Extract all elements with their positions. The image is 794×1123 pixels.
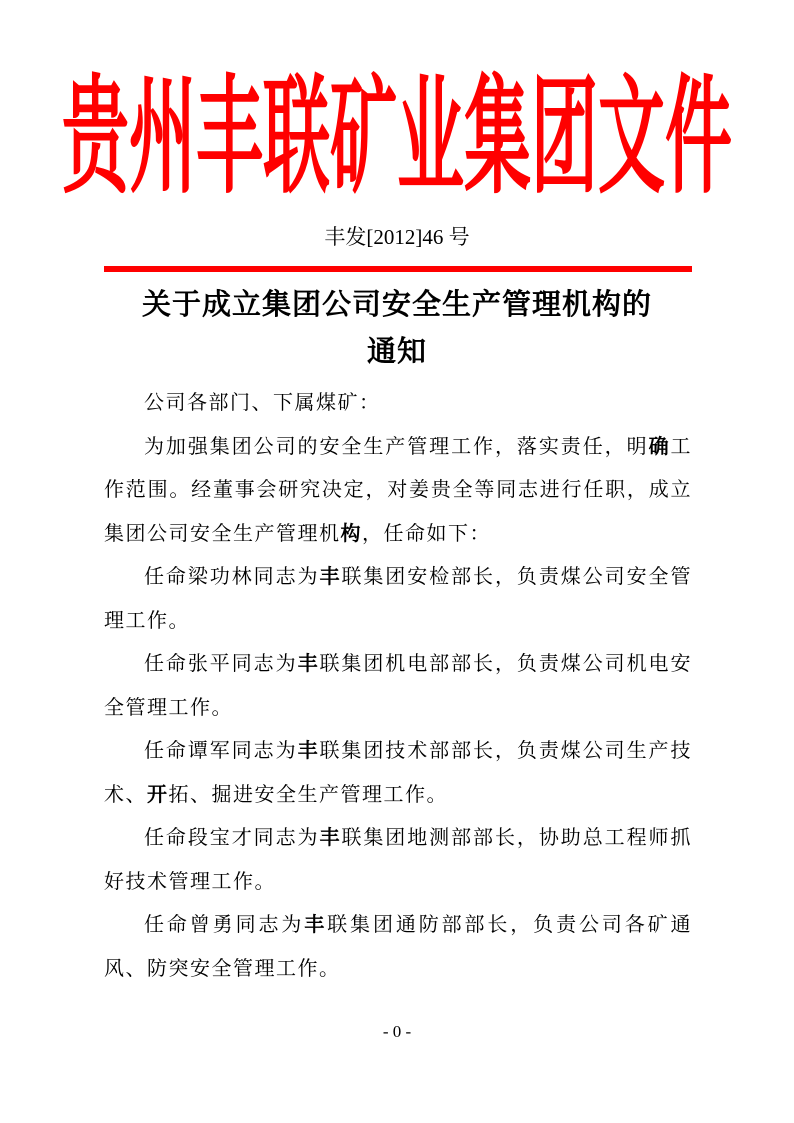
paragraph: 为加强集团公司的安全生产管理工作，落实责任，明确工作范围。经董事会研究决定，对姜… (104, 426, 692, 557)
document-title-line1: 关于成立集团公司安全生产管理机构的 (142, 289, 652, 321)
red-divider-line (104, 266, 692, 272)
document-body: 公司各部门、下属煤矿：为加强集团公司的安全生产管理工作，落实责任，明确工作范围。… (104, 382, 692, 991)
paragraph: 任命曾勇同志为丰联集团通防部部长，负责公司各矿通风、防突安全管理工作。 (104, 904, 692, 991)
paragraph-text: 拓、掘进安全生产管理工作。 (169, 784, 449, 806)
paragraph-text-bold: 开 (147, 784, 169, 806)
paragraph-text: 任命张平同志为 (144, 653, 298, 675)
document-page: 贵州丰联矿业集团文件 丰发[2012]46 号 关于成立集团公司安全生产管理机构… (0, 0, 794, 1123)
paragraph: 任命段宝才同志为丰联集团地测部部长，协助总工程师抓好技术管理工作。 (104, 817, 692, 904)
paragraph-text-bold: 丰 (298, 740, 320, 762)
paragraph-text-bold: 丰 (320, 566, 342, 588)
paragraph: 任命谭军同志为丰联集团技术部部长，负责煤公司生产技术、开拓、掘进安全生产管理工作… (104, 730, 692, 817)
paragraph: 任命张平同志为丰联集团机电部部长，负责煤公司机电安全管理工作。 (104, 643, 692, 730)
paragraph: 任命梁功林同志为丰联集团安检部长，负责煤公司安全管理工作。 (104, 556, 692, 643)
paragraph-text-bold: 确 (649, 436, 671, 458)
page-number: - 0 - (0, 1022, 794, 1042)
doc-number: 丰发[2012]46 号 (0, 224, 794, 250)
paragraph-text-bold: 构 (341, 523, 363, 545)
paragraph-text: 公司各部门、下属煤矿： (144, 392, 381, 414)
paragraph-text: 任命段宝才同志为 (144, 827, 320, 849)
document-title-line2: 通知 (367, 336, 427, 368)
paragraph-text: 为加强集团公司的安全生产管理工作，落实责任，明 (144, 436, 649, 458)
paragraph-text: 任命梁功林同志为 (144, 566, 320, 588)
paragraph-text-bold: 丰 (298, 653, 320, 675)
document-title: 关于成立集团公司安全生产管理机构的 通知 (80, 282, 714, 376)
paragraph-text: 任命曾勇同志为 (144, 914, 304, 936)
letterhead: 贵州丰联矿业集团文件 (0, 70, 794, 208)
paragraph-text-bold: 丰 (320, 827, 342, 849)
paragraph-text: ，任命如下： (362, 523, 491, 545)
paragraph: 公司各部门、下属煤矿： (104, 382, 692, 426)
paragraph-text: 任命谭军同志为 (144, 740, 298, 762)
paragraph-text-bold: 丰 (304, 914, 327, 936)
letterhead-title: 贵州丰联矿业集团文件 (62, 75, 732, 202)
